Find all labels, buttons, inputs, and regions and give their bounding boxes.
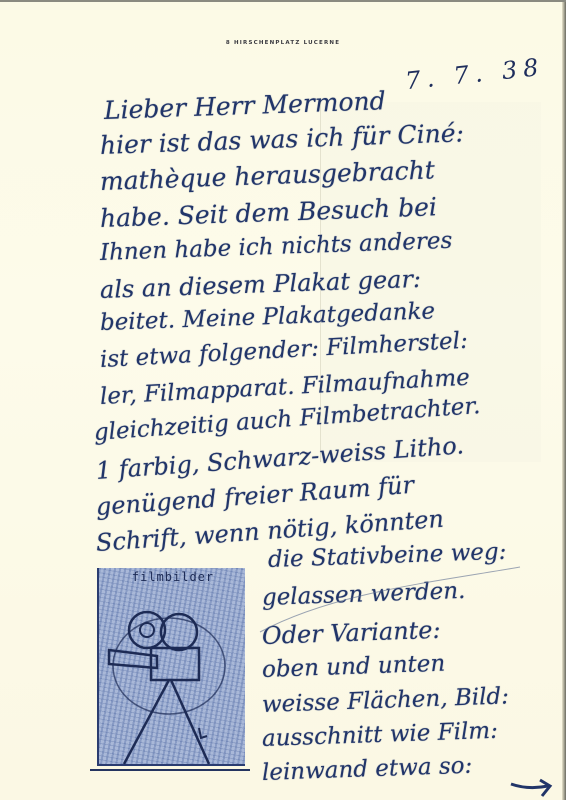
film-camera-icon bbox=[99, 568, 247, 766]
arrow-right-icon bbox=[508, 774, 558, 798]
poster-sketch: filmbilder bbox=[97, 568, 245, 766]
handwritten-line: oben und unten bbox=[262, 651, 446, 683]
letter-page: 8 HIRSCHENPLATZ LUCERNE 7. 7. 38 Lieber … bbox=[0, 0, 566, 800]
page-edge bbox=[562, 2, 566, 800]
handwritten-line: leinwand etwa so: bbox=[262, 753, 473, 786]
letterhead-address: 8 HIRSCHENPLATZ LUCERNE bbox=[0, 40, 566, 46]
handwritten-line: ausschnitt wie Film: bbox=[262, 718, 499, 752]
sketch-baseline bbox=[90, 769, 250, 771]
letter-date: 7. 7. 38 bbox=[404, 53, 546, 95]
underline-stroke bbox=[255, 562, 525, 642]
handwritten-line: weisse Flächen, Bild: bbox=[262, 683, 510, 718]
